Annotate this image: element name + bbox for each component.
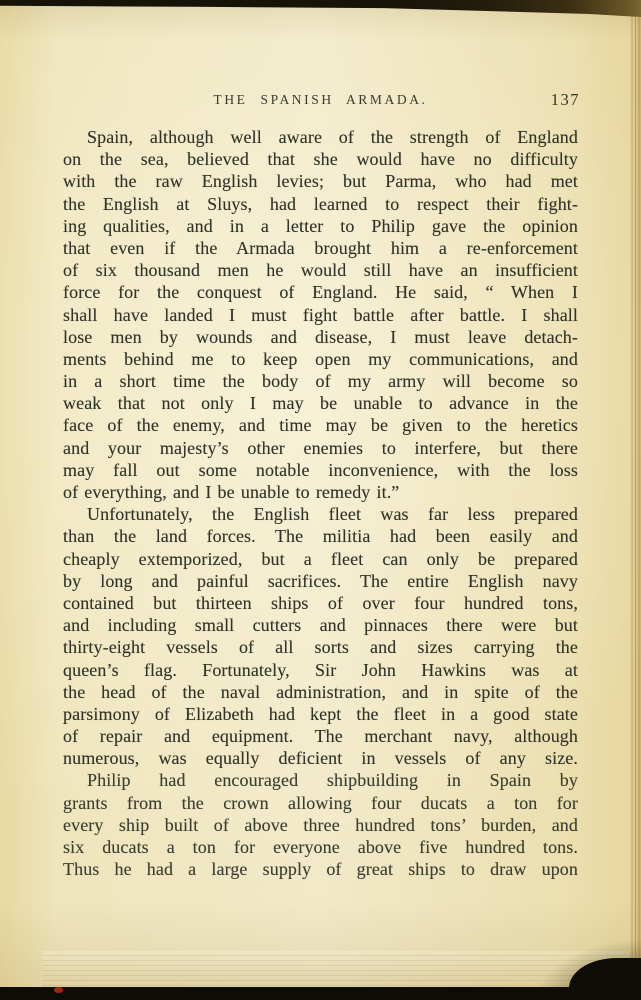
text-line: shall have landed I must fight battle af… (63, 304, 578, 326)
text-line: with the raw English levies; but Parma, … (63, 170, 578, 192)
text-line: Philip had encouraged shipbuilding in Sp… (63, 769, 578, 791)
text-line: queen’s flag. Fortunately, Sir John Hawk… (63, 659, 578, 681)
text-line: of everything, and I be unable to remedy… (63, 481, 578, 503)
text-line: contained but thirteen ships of over fou… (63, 592, 578, 614)
text-line: face of the enemy, and time may be given… (63, 414, 578, 436)
text-line: grants from the crown allowing four duca… (63, 792, 578, 814)
paragraph: Philip had encouraged shipbuilding in Sp… (63, 769, 578, 880)
text-line: Unfortunately, the English fleet was far… (63, 503, 578, 525)
text-line: thirty-eight vessels of all sorts and si… (63, 636, 578, 658)
text-line: and your majesty’s other enemies to inte… (63, 437, 578, 459)
text-line: Thus he had a large supply of great ship… (63, 858, 578, 880)
text-line: six ducats a ton for everyone above five… (63, 836, 578, 858)
text-line: than the land forces. The militia had be… (63, 525, 578, 547)
text-line: numerous, was equally deficient in vesse… (63, 747, 578, 769)
text-line: may fall out some notable inconvenience,… (63, 459, 578, 481)
text-line: Spain, although well aware of the streng… (63, 126, 578, 148)
text-line: by long and painful sacrifices. The enti… (63, 570, 578, 592)
text-line: ing qualities, and in a letter to Philip… (63, 215, 578, 237)
running-title: THE SPANISH ARMADA. (63, 92, 578, 108)
paragraph: Spain, although well aware of the streng… (63, 126, 578, 503)
text-line: every ship built of above three hundred … (63, 814, 578, 836)
page-header: THE SPANISH ARMADA. 137 (63, 92, 578, 114)
text-line: of six thousand men he would still have … (63, 259, 578, 281)
book-cover-top-edge (0, 0, 641, 17)
text-line: the head of the naval administration, an… (63, 681, 578, 703)
text-line: the English at Sluys, had learned to res… (63, 193, 578, 215)
text-line: on the sea, believed that she would have… (63, 148, 578, 170)
text-line: ments behind me to keep open my communic… (63, 348, 578, 370)
book-cover-bottom-edge (0, 987, 641, 1000)
book-page-scan: THE SPANISH ARMADA. 137 Spain, although … (0, 0, 641, 1000)
text-line: force for the conquest of England. He sa… (63, 281, 578, 303)
text-line: and including small cutters and pinnaces… (63, 614, 578, 636)
text-line: lose men by wounds and disease, I must l… (63, 326, 578, 348)
text-line: parsimony of Elizabeth had kept the flee… (63, 703, 578, 725)
page-number: 137 (551, 90, 580, 110)
text-block: Spain, although well aware of the streng… (63, 126, 578, 880)
text-line: that even if the Armada brought him a re… (63, 237, 578, 259)
page-edges-right (629, 14, 641, 986)
text-line: in a short time the body of my army will… (63, 370, 578, 392)
paragraph: Unfortunately, the English fleet was far… (63, 503, 578, 769)
text-line: weak that not only I may be unable to ad… (63, 392, 578, 414)
text-line: cheaply extemporized, but a fleet can on… (63, 548, 578, 570)
text-line: of repair and equipment. The merchant na… (63, 725, 578, 747)
red-speck (54, 987, 63, 993)
